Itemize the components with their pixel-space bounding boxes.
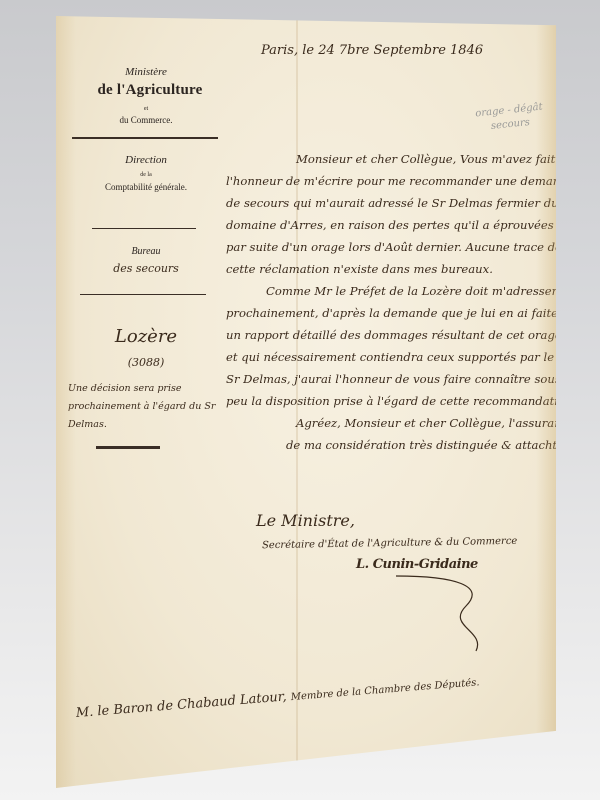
body-line: un rapport détaillé des dommages résulta… xyxy=(226,324,546,346)
signature-title: Secrétaire d'État de l'Agriculture & du … xyxy=(262,536,517,551)
margin-department: Lozère xyxy=(56,326,236,347)
addressee: M. le Baron de Chabaud Latour, Membre de… xyxy=(75,674,480,721)
addressee-name: M. le Baron de Chabaud Latour, xyxy=(75,689,287,721)
divider xyxy=(80,294,206,295)
letter-paper: Ministère de l'Agriculture et du Commerc… xyxy=(56,16,556,788)
body-line: Sr Delmas, j'aurai l'honneur de vous fai… xyxy=(226,368,546,390)
body-line: l'honneur de m'écrire pour me recommande… xyxy=(226,170,546,192)
letterhead-ministry-name: de l'Agriculture xyxy=(60,82,240,99)
letterhead-commerce: du Commerce. xyxy=(56,115,236,125)
letterhead-bureau: Bureau xyxy=(56,246,236,257)
body-line: de secours qui m'aurait adressé le Sr De… xyxy=(226,192,546,214)
body-line: Monsieur et cher Collègue, Vous m'avez f… xyxy=(226,148,546,170)
letterhead-comptabilite: Comptabilité générale. xyxy=(56,182,236,192)
body-line: cette réclamation n'existe dans mes bure… xyxy=(226,258,546,280)
body-line: et qui nécessairement contiendra ceux su… xyxy=(226,346,546,368)
letter-body: Monsieur et cher Collègue, Vous m'avez f… xyxy=(226,148,546,456)
pencil-annotation: orage - dégât secours xyxy=(475,101,545,136)
signature-closing: Le Ministre, xyxy=(256,511,355,530)
body-line: Comme Mr le Préfet de la Lozère doit m'a… xyxy=(226,280,546,302)
addressee-role: Membre de la Chambre des Députés. xyxy=(290,677,480,703)
divider xyxy=(72,137,218,139)
letterhead-direction: Direction xyxy=(56,154,236,166)
divider xyxy=(92,228,196,229)
body-line: domaine d'Arres, en raison des pertes qu… xyxy=(226,214,546,236)
body-line: par suite d'un orage lors d'Août dernier… xyxy=(226,236,546,258)
body-line: peu la disposition prise à l'égard de ce… xyxy=(226,390,546,412)
margin-note: Une décision sera prise prochainement à … xyxy=(68,380,228,434)
body-line: Agréez, Monsieur et cher Collègue, l'ass… xyxy=(226,412,546,434)
divider xyxy=(96,446,160,449)
body-line: prochainement, d'après la demande que je… xyxy=(226,302,546,324)
letterhead-de-la: de la xyxy=(56,172,236,178)
letter-date: Paris, le 24 7bre Septembre 1846 xyxy=(261,43,483,58)
letterhead-et: et xyxy=(56,106,236,112)
letterhead-bureau-name: des secours xyxy=(56,262,236,275)
body-line: de ma considération très distinguée & at… xyxy=(226,434,546,456)
signature-flourish-icon xyxy=(376,556,496,656)
margin-reference: (3088) xyxy=(56,356,236,369)
letterhead-ministere: Ministère xyxy=(56,66,236,78)
